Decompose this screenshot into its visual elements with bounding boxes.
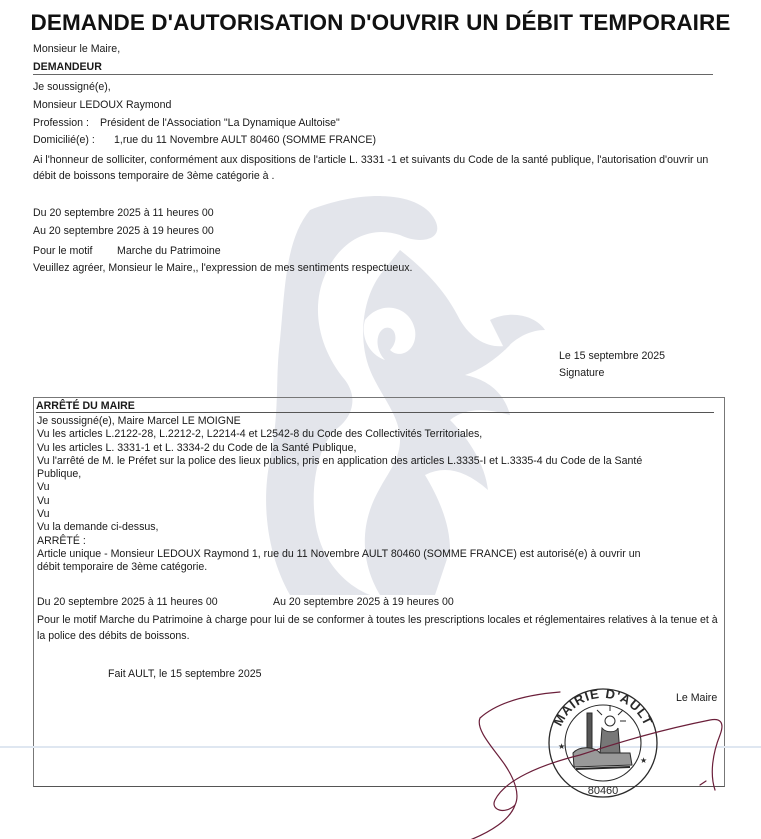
requester-section-heading: DEMANDEUR <box>33 61 713 75</box>
profession-row: Profession :Président de l'Association "… <box>33 117 340 130</box>
decision-section-heading: ARRÊTÉ DU MAIRE <box>36 400 714 413</box>
decision-line: Vu <box>37 481 642 494</box>
domicile-row: Domicilié(e) :1,rue du 11 Novembre AULT … <box>33 134 376 147</box>
decision-line: Article unique - Monsieur LEDOUX Raymond… <box>37 548 642 561</box>
done-at: Fait AULT, le 15 septembre 2025 <box>108 668 262 681</box>
requester-name: Monsieur LEDOUX Raymond <box>33 99 171 112</box>
page-title: DEMANDE D'AUTORISATION D'OUVRIR UN DÉBIT… <box>0 10 761 36</box>
decision-lines: Je soussigné(e), Maire Marcel LE MOIGNE … <box>37 415 642 575</box>
decision-line: ARRÊTÉ : <box>37 535 642 548</box>
domicile-label: Domicilié(e) : <box>33 134 114 147</box>
profession-label: Profession : <box>33 117 100 130</box>
decision-line: Vu les articles L. 3331-1 et L. 3334-2 d… <box>37 442 642 455</box>
closing-text: Veuillez agréer, Monsieur le Maire,, l'e… <box>33 262 412 275</box>
motif-row: Pour le motifMarche du Patrimoine <box>33 245 221 258</box>
signature-label: Signature <box>559 367 604 380</box>
decision-line: Je soussigné(e), Maire Marcel LE MOIGNE <box>37 415 642 428</box>
mayor-signature-icon <box>460 680 740 839</box>
decision-line: Publique, <box>37 468 642 481</box>
decision-line: Vu <box>37 495 642 508</box>
motif-label: Pour le motif <box>33 245 117 258</box>
decision-line: débit temporaire de 3ème catégorie. <box>37 561 642 574</box>
request-to-date: Au 20 septembre 2025 à 19 heures 00 <box>33 225 214 238</box>
domicile-value: 1,rue du 11 Novembre AULT 80460 (SOMME F… <box>114 134 376 146</box>
decision-line: Vu l'arrêté de M. le Préfet sur la polic… <box>37 455 642 468</box>
profession-value: Président de l'Association "La Dynamique… <box>100 117 340 129</box>
decision-to-date: Au 20 septembre 2025 à 19 heures 00 <box>273 596 454 609</box>
requester-intro: Je soussigné(e), <box>33 81 111 94</box>
decision-conditions: Pour le motif Marche du Patrimoine à cha… <box>37 612 722 644</box>
decision-line: Vu <box>37 508 642 521</box>
request-from-date: Du 20 septembre 2025 à 11 heures 00 <box>33 207 214 220</box>
decision-line: Vu la demande ci-dessus, <box>37 521 642 534</box>
decision-from-date: Du 20 septembre 2025 à 11 heures 00 <box>37 596 218 609</box>
salutation: Monsieur le Maire, <box>33 43 120 56</box>
decision-line: Vu les articles L.2122-28, L.2212-2, L22… <box>37 428 642 441</box>
request-text: Ai l'honneur de solliciter, conformément… <box>33 152 723 184</box>
request-date: Le 15 septembre 2025 <box>559 350 665 363</box>
motif-value: Marche du Patrimoine <box>117 245 221 257</box>
